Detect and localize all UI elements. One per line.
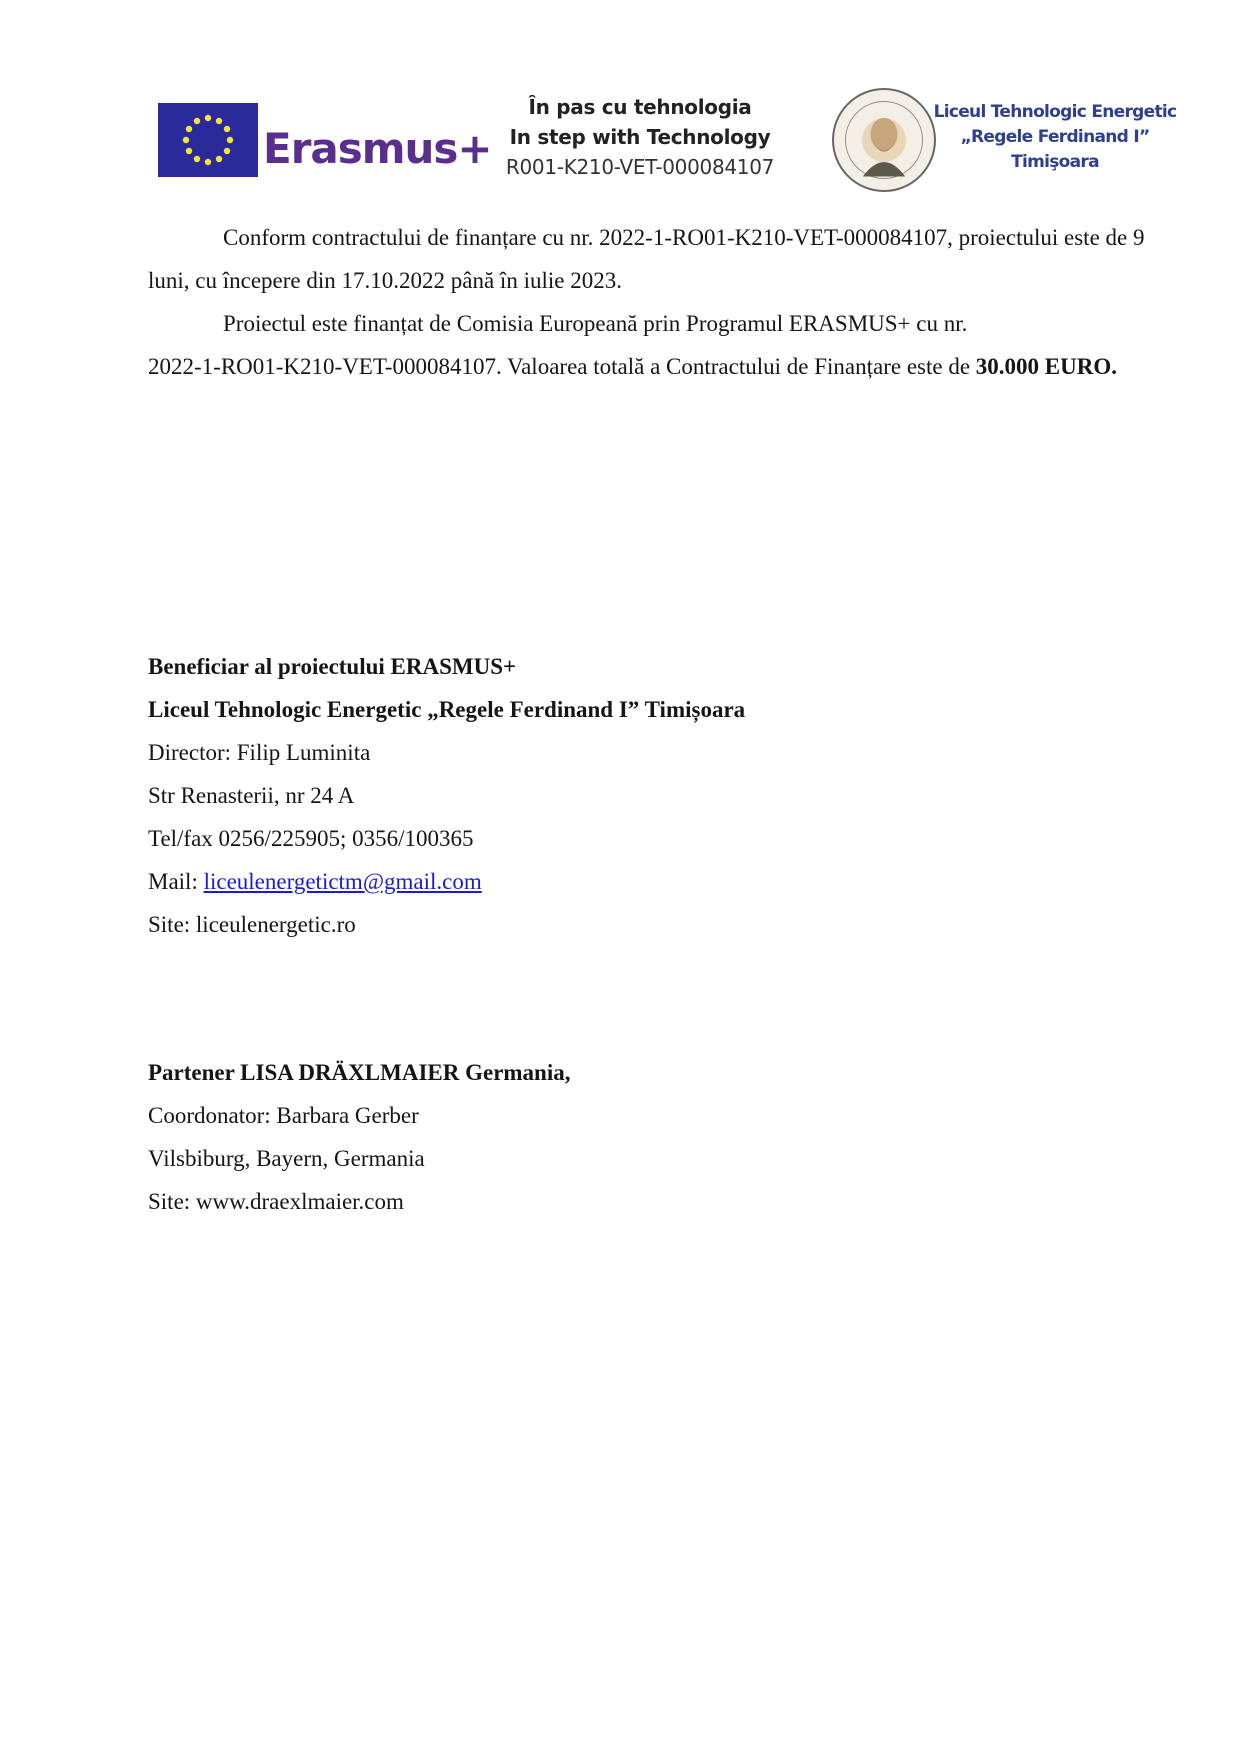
intro-section: Conform contractului de finanțare cu nr.… xyxy=(148,216,1178,388)
school-name-block: Liceul Tehnologic Energetic „Regele Ferd… xyxy=(930,100,1180,175)
beneficiary-section: Beneficiar al proiectului ERASMUS+ Liceu… xyxy=(148,645,1178,946)
partner-heading: Partener LISA DRÄXLMAIER Germania, xyxy=(148,1051,1178,1094)
partner-location: Vilsbiburg, Bayern, Germania xyxy=(148,1137,1178,1180)
erasmus-wordmark: Erasmus+ xyxy=(263,128,492,170)
beneficiary-mail-row: Mail: liceulenergetictm@gmail.com xyxy=(148,860,1178,903)
email-link[interactable]: liceulenergetictm@gmail.com xyxy=(204,869,482,894)
beneficiary-phone: Tel/fax 0256/225905; 0356/100365 xyxy=(148,817,1178,860)
partner-site: Site: www.draexlmaier.com xyxy=(148,1180,1178,1223)
school-seal-icon xyxy=(832,88,936,192)
document-header: Erasmus+ În pas cu tehnologia In step wi… xyxy=(0,0,1242,200)
school-name-line3: Timişoara xyxy=(930,150,1180,175)
partner-section: Partener LISA DRÄXLMAIER Germania, Coord… xyxy=(148,1051,1178,1223)
beneficiary-name: Liceul Tehnologic Energetic „Regele Ferd… xyxy=(148,688,1178,731)
funding-text: 2022-1-RO01-K210-VET-000084107. Valoarea… xyxy=(148,354,976,379)
funding-paragraph-line2: 2022-1-RO01-K210-VET-000084107. Valoarea… xyxy=(148,345,1178,388)
eu-flag-icon xyxy=(158,103,258,177)
beneficiary-address: Str Renasterii, nr 24 A xyxy=(148,774,1178,817)
school-name-line1: Liceul Tehnologic Energetic xyxy=(930,100,1180,125)
funding-paragraph-line1: Proiectul este finanțat de Comisia Europ… xyxy=(148,302,1178,345)
contract-paragraph: Conform contractului de finanțare cu nr.… xyxy=(148,216,1178,302)
beneficiary-site: Site: liceulenergetic.ro xyxy=(148,903,1178,946)
project-code: R001-K210-VET-000084107 xyxy=(490,152,790,182)
mail-label: Mail: xyxy=(148,869,204,894)
funding-amount: 30.000 EURO. xyxy=(976,354,1117,379)
project-title-ro: În pas cu tehnologia xyxy=(490,92,790,122)
project-title-en: In step with Technology xyxy=(490,122,790,152)
project-title-block: În pas cu tehnologia In step with Techno… xyxy=(490,92,790,182)
beneficiary-heading: Beneficiar al proiectului ERASMUS+ xyxy=(148,645,1178,688)
partner-coordinator: Coordonator: Barbara Gerber xyxy=(148,1094,1178,1137)
school-name-line2: „Regele Ferdinand I” xyxy=(930,125,1180,150)
beneficiary-director: Director: Filip Luminita xyxy=(148,731,1178,774)
